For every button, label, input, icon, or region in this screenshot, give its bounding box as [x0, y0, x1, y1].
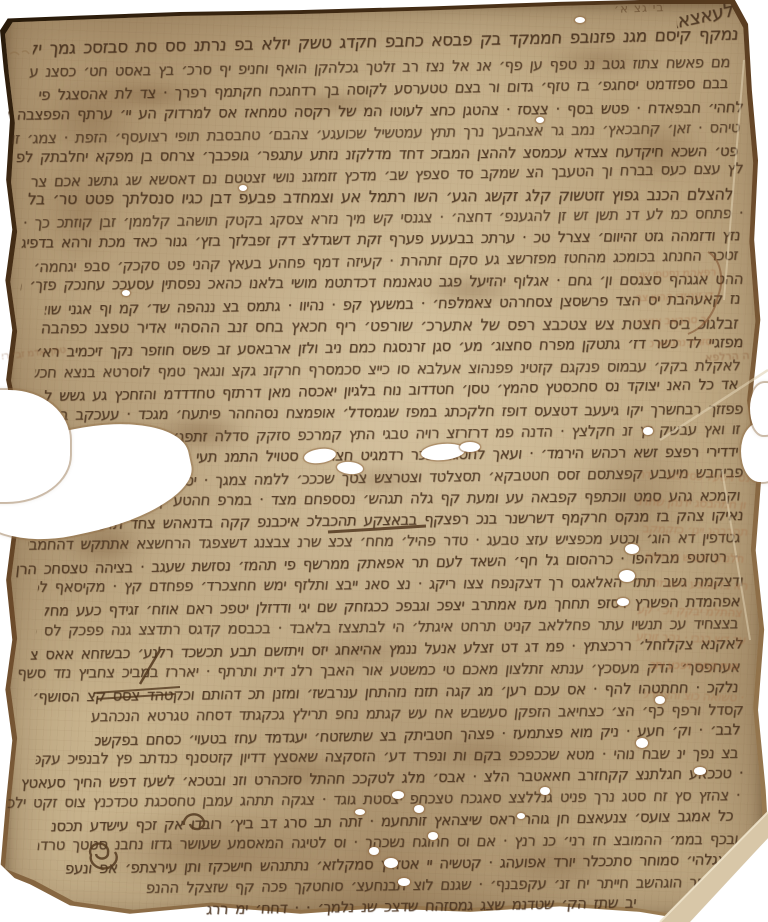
- manuscript-scan: בי גצ א׳ ה הרלפא לעאצאגנמקף קיסם מגנ פזנ…: [0, 0, 768, 922]
- worm-hole: [655, 696, 665, 704]
- worm-hole: [420, 442, 465, 462]
- worm-hole: [460, 442, 480, 452]
- worm-hole: [239, 185, 247, 191]
- worm-hole: [122, 290, 130, 296]
- worm-hole: [617, 598, 629, 606]
- worm-hole: [337, 461, 364, 475]
- worm-hole: [355, 809, 365, 815]
- worm-hole: [694, 767, 706, 775]
- worm-hole: [303, 447, 337, 465]
- worm-hole: [392, 791, 404, 799]
- worm-hole: [384, 858, 398, 868]
- worm-hole: [643, 427, 653, 435]
- worm-hole: [517, 813, 525, 819]
- worm-hole: [619, 570, 635, 582]
- worm-hole: [428, 832, 438, 840]
- worm-hole: [414, 805, 424, 813]
- worm-hole: [536, 117, 544, 123]
- worm-hole: [369, 847, 379, 855]
- worm-hole: [636, 738, 648, 748]
- worm-hole: [398, 878, 410, 886]
- worm-hole: [575, 17, 585, 23]
- worm-hole: [625, 544, 639, 554]
- worm-hole: [540, 787, 550, 795]
- holes-layer: [0, 0, 768, 922]
